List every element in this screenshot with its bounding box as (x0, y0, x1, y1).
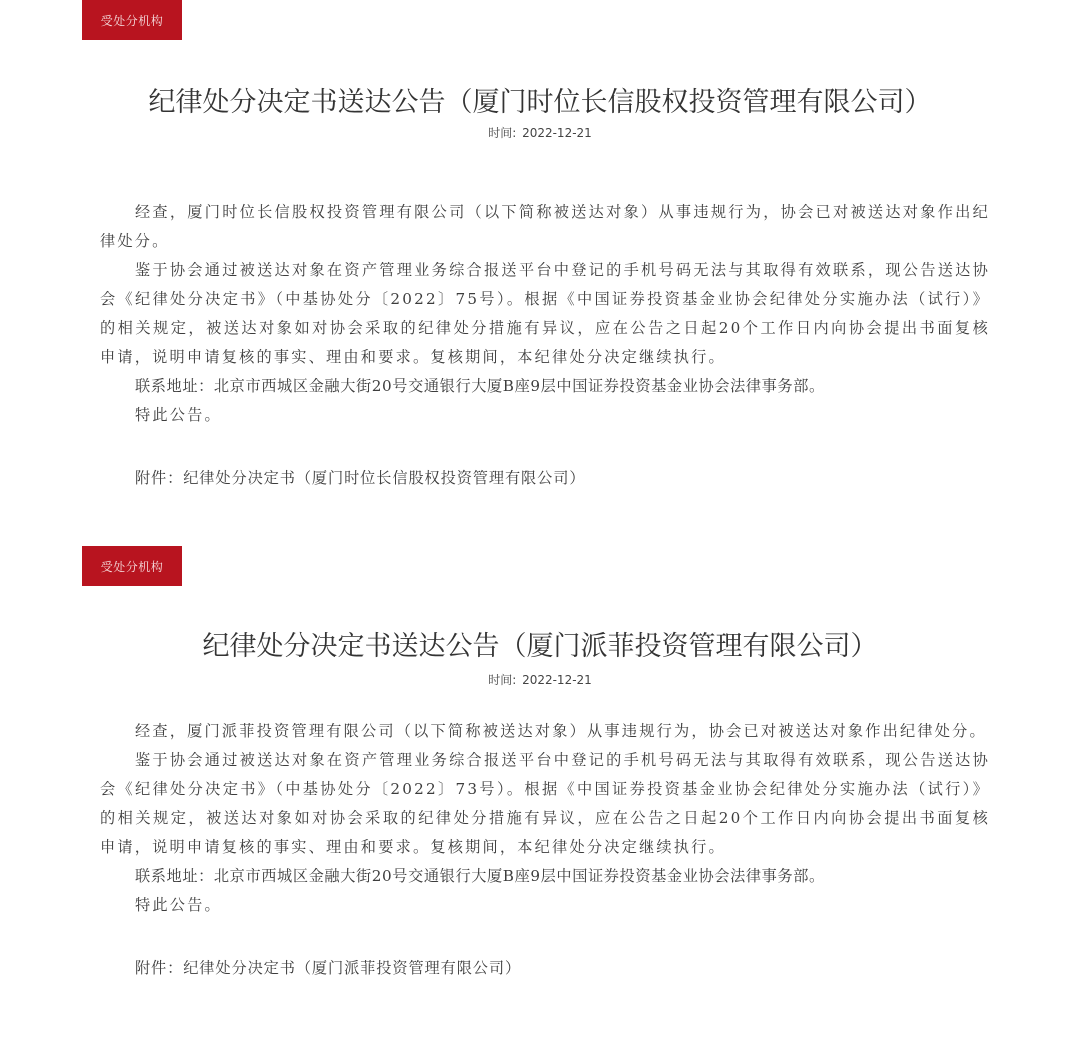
attachment-link[interactable]: 附件：纪律处分决定书（厦门派菲投资管理有限公司） (100, 954, 990, 983)
attachment-link[interactable]: 附件：纪律处分决定书（厦门时位长信股权投资管理有限公司） (100, 464, 990, 493)
publish-date: 时间: 2022-12-21 (0, 124, 1080, 141)
contact-address: 联系地址：北京市西城区金融大街20号交通银行大厦B座9层中国证券投资基金业协会法… (100, 372, 990, 401)
notice-body: 经查，厦门派菲投资管理有限公司（以下简称被送达对象）从事违规行为，协会已对被送达… (100, 717, 990, 983)
notice-title: 纪律处分决定书送达公告（厦门时位长信股权投资管理有限公司） (0, 80, 1080, 119)
category-tag: 受处分机构 (82, 546, 182, 586)
category-tag: 受处分机构 (82, 0, 182, 40)
notice-body: 经查，厦门时位长信股权投资管理有限公司（以下简称被送达对象）从事违规行为，协会已… (100, 198, 990, 493)
date-value: 2022-12-21 (522, 673, 592, 687)
paragraph-findings: 经查，厦门派菲投资管理有限公司（以下简称被送达对象）从事违规行为，协会已对被送达… (100, 717, 990, 746)
date-value: 2022-12-21 (522, 126, 592, 140)
closing-text: 特此公告。 (100, 891, 990, 920)
paragraph-service: 鉴于协会通过被送达对象在资产管理业务综合报送平台中登记的手机号码无法与其取得有效… (100, 746, 990, 862)
closing-text: 特此公告。 (100, 401, 990, 430)
contact-address: 联系地址：北京市西城区金融大街20号交通银行大厦B座9层中国证券投资基金业协会法… (100, 862, 990, 891)
paragraph-service: 鉴于协会通过被送达对象在资产管理业务综合报送平台中登记的手机号码无法与其取得有效… (100, 256, 990, 372)
date-label: 时间: (488, 673, 516, 687)
date-label: 时间: (488, 126, 516, 140)
notice-title: 纪律处分决定书送达公告（厦门派菲投资管理有限公司） (0, 624, 1080, 663)
paragraph-findings: 经查，厦门时位长信股权投资管理有限公司（以下简称被送达对象）从事违规行为，协会已… (100, 198, 990, 256)
publish-date: 时间: 2022-12-21 (0, 671, 1080, 688)
